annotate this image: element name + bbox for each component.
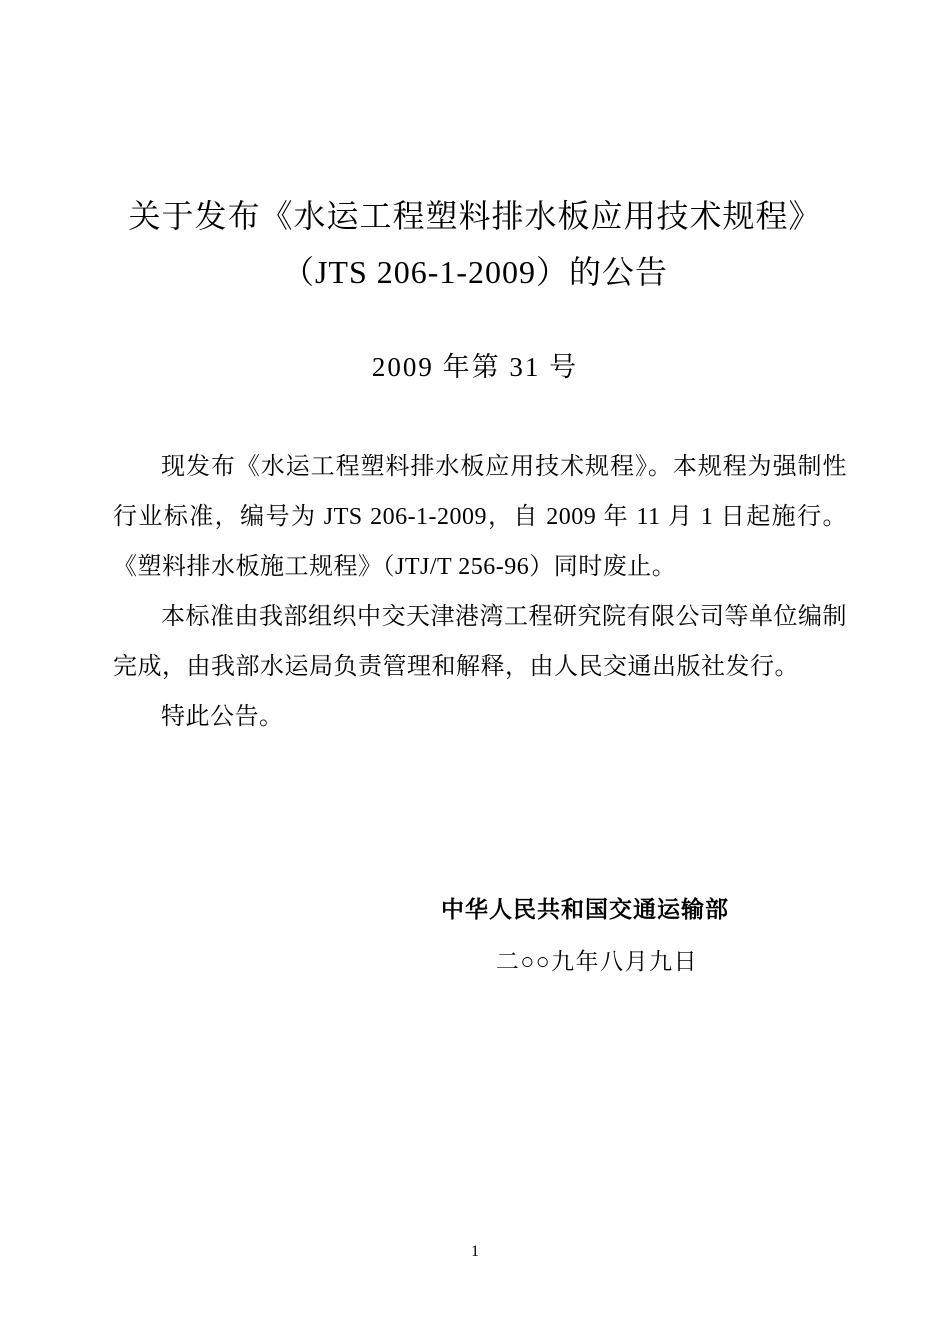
document-page: 关于发布《水运工程塑料排水板应用技术规程》 （JTS 206-1-2009）的公… (0, 0, 950, 1344)
page-number: 1 (0, 1242, 950, 1262)
document-title-line-1: 关于发布《水运工程塑料排水板应用技术规程》 (0, 188, 950, 244)
document-title-line-2: （JTS 206-1-2009）的公告 (0, 244, 950, 300)
issuer-signature: 中华人民共和国交通运输部 (441, 894, 729, 924)
issue-number: 2009 年第 31 号 (0, 350, 950, 384)
body-paragraph-announcement: 现发布《水运工程塑料排水板应用技术规程》。本规程为强制性行业标准，编号为 JTS… (113, 442, 847, 592)
issue-date: 二○○九年八月九日 (496, 947, 698, 977)
body-paragraph-closing: 特此公告。 (113, 692, 847, 742)
document-body: 现发布《水运工程塑料排水板应用技术规程》。本规程为强制性行业标准，编号为 JTS… (113, 442, 847, 742)
body-paragraph-preparation: 本标准由我部组织中交天津港湾工程研究院有限公司等单位编制完成，由我部水运局负责管… (113, 592, 847, 692)
document-title: 关于发布《水运工程塑料排水板应用技术规程》 （JTS 206-1-2009）的公… (0, 188, 950, 300)
